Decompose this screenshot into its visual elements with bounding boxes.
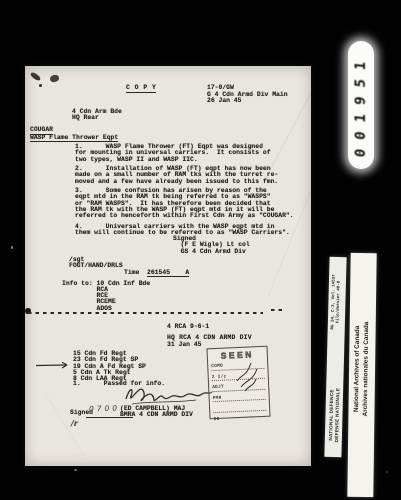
handwritten-time: 0700 (89, 403, 120, 413)
defence-label-strip: RG 24, C-3, Vol. 14537 File/dossier 48-8… (324, 257, 346, 457)
separator-dash-tail (271, 309, 284, 311)
film-frame-counter: 001951 (348, 41, 374, 169)
seen-stamp: SEEN COMD 2 I/c ADJT PMR IO (206, 346, 270, 420)
archives-strip: National Archives of Canada Archives nat… (347, 253, 376, 497)
memo-date: 26 Jan 45 (207, 98, 242, 104)
signature-underline (86, 417, 133, 418)
time-row: Time 261545 A (124, 270, 189, 276)
info-distribution: Info to: 10 Cdn Inf Bde RCA RCE RCEME AD… (62, 281, 150, 312)
typist-initials: /sgt FOGT/HAND/DRLS (69, 257, 123, 270)
copy-heading: C O P Y (126, 85, 156, 93)
passed-for-info: 1. Passed for info. (73, 381, 165, 387)
signature-block: Signed (F E Wigle) Lt col GS 4 Cdn Armd … (173, 236, 250, 255)
handwritten-initials: /r (71, 419, 78, 428)
time-zone-suffix: A (185, 269, 189, 276)
speck (11, 246, 13, 249)
memo2-date: 31 Jan 45 (167, 342, 202, 348)
memo2-file-reference: 4 RCA 9-6-1 (167, 324, 209, 330)
handwritten-arrow-icon (35, 360, 73, 370)
staple-mark (49, 74, 60, 83)
counter-digits: 001951 (353, 52, 369, 158)
file-ref-label: RG 24, C-3, Vol. 14537 File/dossier 48-8 (331, 274, 343, 330)
staple-mark (39, 84, 42, 87)
stamp-line-label: ADJT (212, 385, 224, 391)
subject-line: WASP Flame Thrower Eqpt (30, 135, 118, 143)
archives-label: National Archives of Canada Archives nat… (353, 321, 372, 416)
time-value: 261545 (147, 269, 170, 276)
paragraph-3: 3. Some confusion has arisen by reason o… (75, 188, 294, 219)
speck (74, 469, 77, 471)
crease-line (44, 392, 87, 460)
time-label: Time (124, 269, 139, 276)
staple-mark (30, 71, 42, 81)
time-underline: 261545 A (147, 269, 189, 278)
paragraph-2: 2. Installation of WASP (FT) eqpt has no… (75, 166, 278, 185)
defence-label: NATIONAL DEFENCE DÉFENSE NATIONALE (327, 388, 340, 443)
stamp-line-label: COMD (211, 364, 223, 370)
microfilm-photo-background: C O P Y 17-0/GW G 4 Cdn Armd Div Main 26… (0, 0, 401, 500)
speck (386, 471, 388, 473)
stamp-line-label: IO (213, 416, 219, 421)
memo-paper: C O P Y 17-0/GW G 4 Cdn Armd Div Main 26… (25, 66, 311, 466)
paragraph-1: 1. WASP Flame Thrower (FT) Eqpt was desi… (75, 144, 271, 163)
regiment-list: 15 Cdn Fd Regt 23 Cdn Fd Regt SP 19 Cdn … (73, 351, 146, 382)
stamp-line-label: 2 I/c (212, 374, 227, 380)
stamp-line-label: PMR (213, 396, 222, 401)
stamp-row: IO (213, 411, 266, 423)
separator-dash-line (28, 312, 263, 314)
addressee-block: 4 Cdn Arm Bde HQ Rear (72, 109, 122, 122)
